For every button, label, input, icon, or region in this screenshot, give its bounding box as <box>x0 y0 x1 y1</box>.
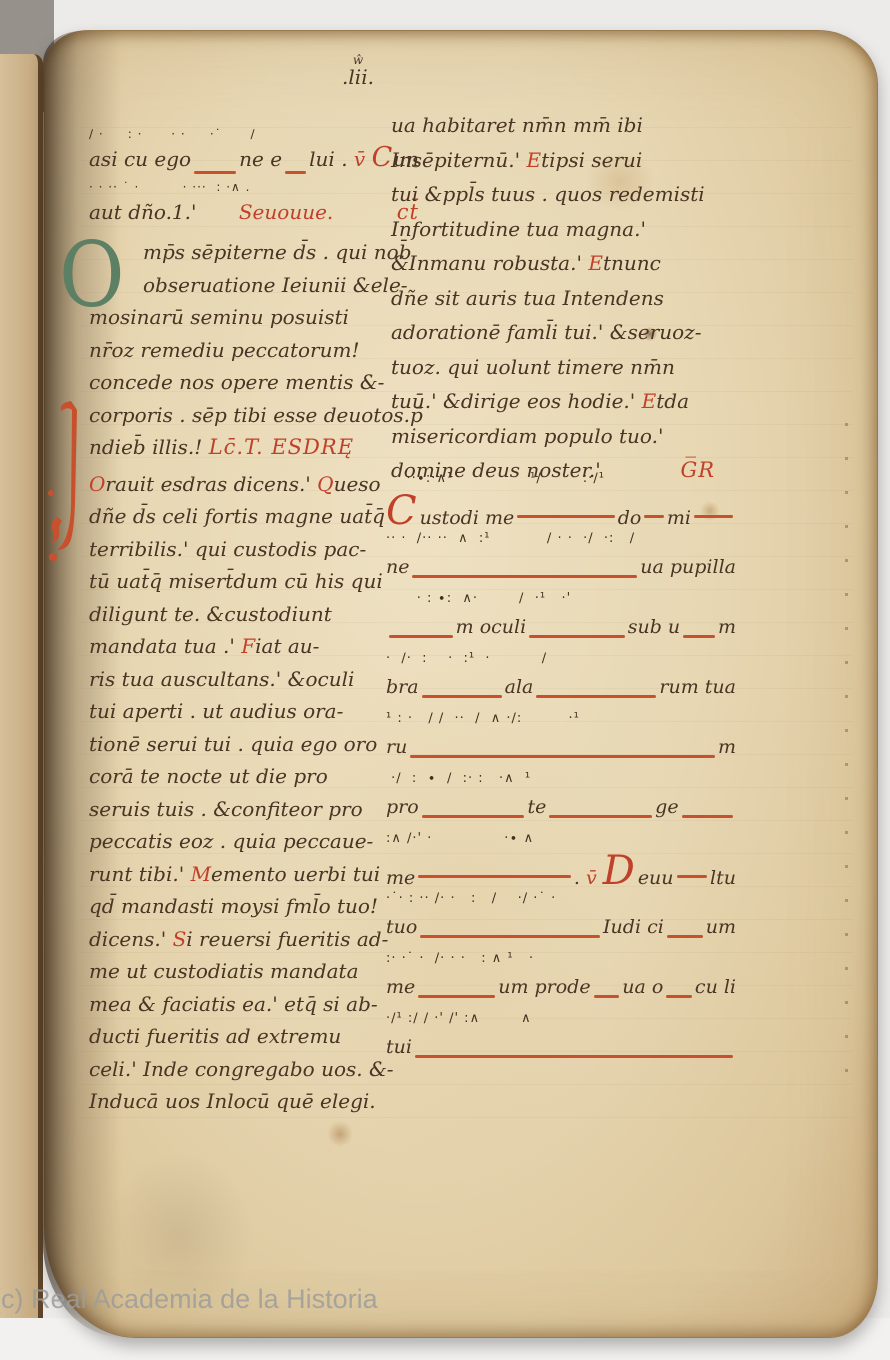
manuscript-text: bra <box>386 676 419 698</box>
manuscript-page: ŵ .lii. O ∕ · : · · · ·˙ ∕ asi cu egone … <box>44 30 878 1338</box>
neume-row: ·· · ∕·· ·· ∧ :¹ ∕ · · ·∕ ·: ∕ <box>386 531 736 556</box>
chant-line-unit: :∧ ∕·' · ·∙ ∧me. v̄ Deuultu <box>386 831 736 884</box>
manuscript-text: ltu <box>710 867 736 889</box>
text-line: tū uat̄q̄ misert̄dum cū his qui <box>89 569 419 602</box>
text-line: dicens.' Si reuersi fueritis ad- <box>89 927 419 960</box>
manuscript-text: tipsi serui <box>541 148 642 172</box>
text-line: &Inmanu robusta.' Etnunc <box>391 251 731 286</box>
folio-number-block: ŵ .lii. <box>323 55 393 89</box>
manuscript-text: ris tua auscultans.' &oculi <box>89 667 354 691</box>
text-line: Infortitudine tua magna.' <box>391 217 731 252</box>
manuscript-text: diligunt te. &custodiunt <box>89 602 332 626</box>
chant-text-line: asi cu egone elui . v̄ Cun <box>89 147 419 180</box>
manuscript-text: mandata tua .' <box>89 634 241 658</box>
manuscript-text: celi.' Inde congregabo uos. &- <box>89 1057 394 1081</box>
manuscript-text: v̄ <box>348 147 372 171</box>
staff-line <box>418 995 495 998</box>
manuscript-text: me ut custodiatis mandata <box>89 959 359 983</box>
pricking-holes <box>845 423 848 1091</box>
text-line: tui aperti . ut audius ora- <box>89 699 419 732</box>
text-line: dñe sit auris tua Intendens <box>391 286 731 321</box>
neume-row: ·˙· : ·· ∕· · : ∕ ·∕ ·˙ · <box>386 891 736 916</box>
staff-line <box>644 515 664 518</box>
text-line: mandata tua .' Fiat au- <box>89 634 419 667</box>
manuscript-text: i reuersi fueritis ad- <box>186 927 388 951</box>
manuscript-text: ala <box>505 676 534 698</box>
text-line: misericordiam populo tuo.' <box>391 424 731 459</box>
text-line: ndieb̄ illis.! Lc̄.T. ESDRĘ <box>89 435 419 468</box>
manuscript-text: um prode <box>498 976 590 998</box>
text-line: mp̄s sēpiterne d̄s . qui nob̄ <box>89 240 419 273</box>
manuscript-text: sub u <box>628 616 680 638</box>
manuscript-text: lui . <box>309 147 347 171</box>
manuscript-text: tuo <box>386 916 417 938</box>
staff-line <box>536 695 656 698</box>
text-line: runt tibi.' Memento uerbi tui <box>89 862 419 895</box>
drop-cap-red-J-flourish <box>47 397 81 581</box>
staff-line <box>667 935 703 938</box>
manuscript-text: seruis tuis . &confiteor pro <box>89 797 363 821</box>
manuscript-text: iat au- <box>255 634 319 658</box>
manuscript-text: tnunc <box>603 251 661 275</box>
manuscript-text: tda <box>656 389 689 413</box>
manuscript-text: aut dño.1.' <box>89 200 197 224</box>
manuscript-text: tui aperti . ut audius ora- <box>89 699 343 723</box>
chant-line-unit: ·˙· : ·· ∕· · : ∕ ·∕ ·˙ ·tuoIudi cium <box>386 891 736 944</box>
manuscript-text: S <box>173 927 187 951</box>
staff-line <box>412 575 637 578</box>
chant-line-unit: ¹ : · ∕ ∕ ·· ∕ ∧ ·∕: ·¹rum <box>386 711 736 764</box>
manuscript-text: C <box>386 496 417 526</box>
staff-line <box>549 815 652 818</box>
staff-line <box>683 635 715 638</box>
manuscript-text: adorationē faml̄i tui.' &seruoz- <box>391 320 701 344</box>
manuscript-text: ne e <box>239 147 282 171</box>
manuscript-text: ua habitaret nm̄n mm̄ ibi <box>391 113 643 137</box>
neume-row: ¹ : · ∕ ∕ ·· ∕ ∧ ·∕: ·¹ <box>386 711 736 736</box>
right-text-column: ua habitaret nm̄n mm̄ ibiInsēpiternū.' E… <box>391 113 731 493</box>
manuscript-text: te <box>527 796 546 818</box>
manuscript-text: Infortitudine tua magna.' <box>391 217 646 241</box>
chant-text-line: me. v̄ Deuultu <box>386 856 736 884</box>
manuscript-text: &Inmanu robusta.' <box>391 251 588 275</box>
text-line: Orauit esdras dicens.' Queso <box>89 472 419 505</box>
manuscript-text: obseruatione Ieiunii &ele- <box>143 273 408 297</box>
text-line: me ut custodiatis mandata <box>89 959 419 992</box>
manuscript-text: nr̄oz remediu peccatorum! <box>89 338 360 362</box>
manuscript-text: mi <box>667 507 691 529</box>
staff-line <box>517 515 615 518</box>
manuscript-text: Insēpiternū.' <box>391 148 527 172</box>
manuscript-text: ua pupilla <box>640 556 736 578</box>
collect-paragraph: mp̄s sēpiterne d̄s . qui nob̄obseruation… <box>89 240 419 468</box>
manuscript-text: emento uerbi tui <box>211 862 380 886</box>
manuscript-text: E <box>588 251 603 275</box>
manuscript-text: . <box>574 867 586 889</box>
text-line: qd̄ mandasti moysi fml̄o tuo! <box>89 894 419 927</box>
chant-line-unit: · : ∙: ∧· ∕ ·¹ ·'m oculisub um <box>386 591 736 644</box>
staff-line <box>529 635 625 638</box>
manuscript-text: mea & faciatis ea.' etq̄ si ab- <box>89 992 378 1016</box>
folio-mark: ŵ <box>323 55 393 65</box>
text-line: mea & faciatis ea.' etq̄ si ab- <box>89 992 419 1025</box>
staff-line <box>677 875 708 878</box>
neume-row: :· ·˙ · ∕· · · : ∧ ¹ · <box>386 951 736 976</box>
manuscript-text: O <box>89 472 105 496</box>
text-line: diligunt te. &custodiunt <box>89 602 419 635</box>
manuscript-text: Inducā uos Inlocū quē elegi. <box>89 1089 376 1113</box>
text-line: tuoz. qui uolunt timere nm̄n <box>391 355 731 390</box>
text-line: ducti fueritis ad extremu <box>89 1024 419 1057</box>
chant-text-line: neua pupilla <box>386 556 736 584</box>
chant-text-line: aut dño.1.'Seuouue.ct̄ <box>89 200 419 233</box>
chant-text-line: m oculisub um <box>386 616 736 644</box>
chant-line-unit: ·∕ : ∙ ∕ :· : ·∧ ¹protege <box>386 771 736 824</box>
manuscript-text: cu li <box>695 976 736 998</box>
staff-line <box>285 171 306 174</box>
manuscript-text: corā te nocte ut die pro <box>89 764 328 788</box>
manuscript-text: me <box>386 976 415 998</box>
manuscript-text: D <box>603 856 635 886</box>
manuscript-text: ru <box>386 736 407 758</box>
manuscript-text: v̄ <box>586 867 603 889</box>
staff-line <box>422 695 502 698</box>
manuscript-text: ge <box>655 796 678 818</box>
text-line: mosinarū seminu posuisti <box>89 305 419 338</box>
text-line: peccatis eoz . quia peccaue- <box>89 829 419 862</box>
staff-line <box>415 1055 733 1058</box>
folio-number: .lii. <box>323 65 393 89</box>
manuscript-text: tuoz. qui uolunt timere nm̄n <box>391 355 675 379</box>
staff-line <box>410 755 715 758</box>
manuscript-text: Lc̄.T. ESDRĘ <box>209 435 354 459</box>
manuscript-text: ustodi me <box>420 507 515 529</box>
text-line: Insēpiternū.' Etipsi serui <box>391 148 731 183</box>
text-line: dñe d̄s celi fortis magne uat̄q̄ <box>89 504 419 537</box>
manuscript-text: mosinarū seminu posuisti <box>89 305 349 329</box>
manuscript-text: rauit esdras dicens.' <box>105 472 317 496</box>
chant-text-line: tui <box>386 1036 736 1064</box>
staff-line <box>418 875 571 878</box>
text-line: Inducā uos Inlocū quē elegi. <box>89 1089 419 1122</box>
neume-row: ·∕¹ :∕ ∕ ·' ∕' :∧ ∧ <box>386 1011 736 1036</box>
manuscript-text: Iudi ci <box>603 916 664 938</box>
staff-line <box>666 995 692 998</box>
manuscript-text: F <box>241 634 255 658</box>
manuscript-text: ne <box>386 556 409 578</box>
manuscript-text: dicens.' <box>89 927 173 951</box>
text-line: seruis tuis . &confiteor pro <box>89 797 419 830</box>
manuscript-text: m <box>718 736 736 758</box>
manuscript-text: tū uat̄q̄ misert̄dum cū his qui <box>89 569 383 593</box>
text-line: nr̄oz remediu peccatorum! <box>89 338 419 371</box>
left-text-column: ∕ · : · · · ·˙ ∕ asi cu egone elui . v̄ … <box>89 127 419 1122</box>
manuscript-text: tionē serui tui . quia ego oro <box>89 732 377 756</box>
manuscript-text: um <box>706 916 736 938</box>
neume-row: · · ·· ˙ · · ··· : ·∧ . <box>89 180 419 200</box>
manuscript-text: ducti fueritis ad extremu <box>89 1024 341 1048</box>
facing-page-edge <box>0 54 43 1338</box>
manuscript-text: ua o <box>622 976 663 998</box>
manuscript-text: asi cu ego <box>89 147 191 171</box>
text-line: ua habitaret nm̄n mm̄ ibi <box>391 113 731 148</box>
manuscript-text: mp̄s sēpiterne d̄s . qui nob̄ <box>143 240 412 264</box>
chant-text-line: rum <box>386 736 736 764</box>
text-line: tui &ppl̄s tuus . quos redemisti <box>391 182 731 217</box>
manuscript-text: concede nos opere mentis &- <box>89 370 384 394</box>
manuscript-text: tuū.' &dirige eos hodie.' <box>391 389 642 413</box>
chant-text-line: Custodi medomi <box>386 496 736 524</box>
watermark: (c) Real Academia de la Historia <box>0 1284 378 1315</box>
lectio-paragraph: Orauit esdras dicens.' Quesodñe d̄s celi… <box>89 472 419 1122</box>
manuscript-text: euu <box>638 867 674 889</box>
manuscript-text: peccatis eoz . quia peccaue- <box>89 829 373 853</box>
manuscript-text: C <box>372 147 393 169</box>
manuscript-text: rum tua <box>659 676 736 698</box>
prayer-paragraph: ua habitaret nm̄n mm̄ ibiInsēpiternū.' E… <box>391 113 731 493</box>
staff-line <box>389 635 453 638</box>
text-line: obseruatione Ieiunii &ele- <box>89 273 419 306</box>
manuscript-text: pro <box>386 796 419 818</box>
text-line: ris tua auscultans.' &oculi <box>89 667 419 700</box>
manuscript-text: me <box>386 867 415 889</box>
text-line: tionē serui tui . quia ego oro <box>89 732 419 765</box>
chant-line-unit: ·∕¹ :∕ ∕ ·' ∕' :∧ ∧tui <box>386 1011 736 1064</box>
manuscript-text: misericordiam populo tuo.' <box>391 424 663 448</box>
text-line: adorationē faml̄i tui.' &seruoz- <box>391 320 731 355</box>
text-line: corporis . sēp tibi esse deuotos.p̄ <box>89 403 419 436</box>
neume-row: ∕ · : · · · ·˙ ∕ <box>89 127 419 147</box>
chant-text-line: tuoIudi cium <box>386 916 736 944</box>
manuscript-text: corporis . sēp tibi esse deuotos.p̄ <box>89 403 423 427</box>
neume-row: :∧ ∕·' · ·∙ ∧ <box>386 831 736 856</box>
neume-row: · : ∙: ∧· ∕ ·¹ ·' <box>386 591 736 616</box>
manuscript-text: Seuouue. <box>239 200 333 224</box>
text-line: concede nos opere mentis &- <box>89 370 419 403</box>
stain <box>327 1121 353 1147</box>
manuscript-text: tui &ppl̄s tuus . quos redemisti <box>391 182 705 206</box>
manuscript-text: runt tibi.' <box>89 862 191 886</box>
manuscript-text: m oculi <box>456 616 527 638</box>
manuscript-photo: { "folio": { "mark": "ŵ", "number": ".li… <box>0 0 890 1360</box>
staff-line <box>420 935 600 938</box>
manuscript-text: dñe sit auris tua Intendens <box>391 286 664 310</box>
neume-row: · ∕· : · :¹ · ∕ <box>386 651 736 676</box>
manuscript-text: do <box>618 507 642 529</box>
manuscript-text: E <box>527 148 542 172</box>
staff-line <box>422 815 525 818</box>
staff-line <box>682 815 733 818</box>
chant-line-unit: · ∕· : · :¹ · ∕braalarum tua <box>386 651 736 704</box>
chant-line-unit: ·· · ∕·· ·· ∧ :¹ ∕ · · ·∕ ·: ∕neua pupil… <box>386 531 736 584</box>
manuscript-text: M <box>191 862 211 886</box>
manuscript-text: m <box>718 616 736 638</box>
manuscript-text: ndieb̄ illis.! <box>89 435 209 459</box>
manuscript-text: dñe d̄s celi fortis magne uat̄q̄ <box>89 504 385 528</box>
text-line: terribilis.' qui custodis pac- <box>89 537 419 570</box>
staff-line <box>694 515 733 518</box>
manuscript-text: E <box>642 389 657 413</box>
gradual-chant-block: ··∙:·∧¹ ¹∕ :·∕¹Custodi medomi·· · ∕·· ··… <box>386 471 736 1071</box>
staff-line <box>194 171 236 174</box>
manuscript-text: terribilis.' qui custodis pac- <box>89 537 366 561</box>
chant-text-line: protege <box>386 796 736 824</box>
chant-text-line: meum prodeua ocu li <box>386 976 736 1004</box>
manuscript-text: qd̄ mandasti moysi fml̄o tuo! <box>89 894 378 918</box>
manuscript-text: Q <box>317 472 333 496</box>
staff-line <box>594 995 620 998</box>
text-line: corā te nocte ut die pro <box>89 764 419 797</box>
chant-line-unit: ··∙:·∧¹ ¹∕ :·∕¹Custodi medomi <box>386 471 736 524</box>
text-line: tuū.' &dirige eos hodie.' Etda <box>391 389 731 424</box>
text-line: celi.' Inde congregabo uos. &- <box>89 1057 419 1090</box>
neume-row: ··∙:·∧¹ ¹∕ :·∕¹ <box>386 471 736 496</box>
manuscript-text: tui <box>386 1036 412 1058</box>
manuscript-text: ueso <box>334 472 381 496</box>
chant-line-unit: :· ·˙ · ∕· · · : ∧ ¹ ·meum prodeua ocu l… <box>386 951 736 1004</box>
neume-row: ·∕ : ∙ ∕ :· : ·∧ ¹ <box>386 771 736 796</box>
chant-text-line: braalarum tua <box>386 676 736 704</box>
